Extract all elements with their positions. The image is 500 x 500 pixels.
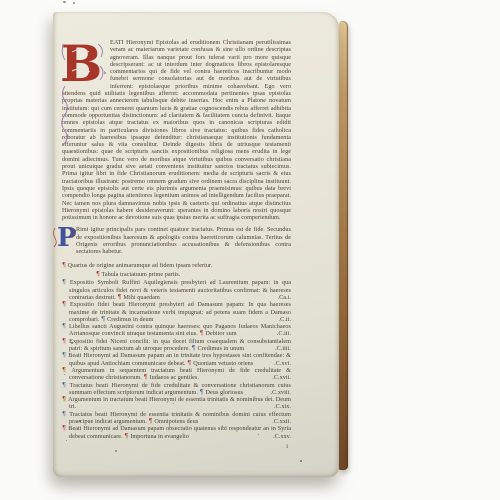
signature-mark: i — [62, 443, 291, 450]
toc-item-text: Tractatus beati Hieronymi de fide credul… — [69, 382, 291, 396]
pilcrow-icon: ¶ — [62, 367, 71, 374]
pilcrow-icon: ¶ — [96, 271, 100, 278]
foxing-speck — [63, 1, 66, 3]
toc-item: ¶ Argumentum in tractatum beati Hieronym… — [62, 396, 291, 411]
initial-letter-glyph: B — [60, 34, 102, 93]
chapter-number: .C.xxii. — [272, 418, 291, 425]
illuminated-initial-P: P — [62, 226, 74, 249]
toc-item: ¶ Tractatus beati Hieronymi de fide cred… — [62, 382, 291, 397]
toc-item-incipit: Debitor sum — [205, 330, 236, 337]
toc-item-incipit: Credimus in unum — [198, 345, 245, 352]
chapter-number: .C.xxv. — [273, 433, 291, 440]
chapter-number: .C.xvi. — [274, 360, 291, 367]
pilcrow-icon: ¶ — [62, 323, 69, 330]
quartus-text: Quartus de origine animarumque ad fidem … — [68, 262, 213, 269]
pilcrow-icon: ¶ — [62, 279, 70, 286]
chapter-number: .C.xix. — [274, 403, 291, 410]
toc-item-incipit: Omnipotens deus — [154, 418, 198, 425]
tabula-heading: ¶ Tabula tractatuum prime partis. — [96, 271, 291, 278]
book-page: B EATI Hieronymi Epistolas ad eruditione… — [53, 12, 339, 477]
book-fore-edge — [339, 21, 348, 470]
chapter-number: .C.iii. — [277, 330, 291, 337]
toc-item-text: Beati Hieronymi ad Damasum papam an in t… — [68, 352, 291, 366]
chapter-number: .C.xviii. — [271, 389, 291, 396]
foxing-speck — [115, 450, 117, 452]
toc-item-incipit: Mihi quaedam — [123, 294, 159, 301]
photo-background: B EATI Hieronymi Epistolas ad eruditione… — [0, 0, 500, 500]
toc-item: ¶ Expositio Symboli Ruffini Aquilegiensi… — [62, 279, 291, 301]
toc-item: ¶ Beati Hieronymi ad Damasum papam an in… — [62, 352, 291, 367]
toc-item: ¶ Argumentum in sequentem tractatum beat… — [62, 367, 291, 382]
toc-item-text: Argumentum in tractatum beati Hieronymi … — [68, 396, 276, 403]
toc-item: ¶ Beati Hieronymi ad Damasum papam obsec… — [62, 425, 291, 440]
toc-item-incipit: Iudaeos ac gentiles. — [150, 374, 199, 381]
second-text: Rimi igitur principalis pars continet qu… — [76, 226, 291, 255]
guide-letter-b: b — [104, 69, 106, 76]
chapter-number: .C.iiii. — [275, 345, 291, 352]
chapter-number: .Ca.i. — [278, 294, 291, 301]
toc-item: ¶ Expositio fidei Niceni concilii: in qu… — [62, 338, 291, 353]
pilcrow-icon: ¶ — [62, 262, 66, 269]
foxing-speck — [73, 2, 75, 4]
quartus-line: ¶ Quartus de origine animarumque ad fide… — [62, 262, 291, 269]
toc-item-incipit: Importuna in evangelio — [130, 433, 189, 440]
second-paragraph: P Rimi igitur principalis pars continet … — [62, 226, 291, 255]
initial-B-artwork: B — [60, 40, 107, 86]
table-of-contents: ¶ Expositio Symboli Ruffini Aquilegiensi… — [62, 279, 291, 440]
tabula-heading-text: Tabula tractatuum prime partis. — [101, 271, 180, 278]
toc-item-text: Expositio Symboli Ruffini Aquilegiensis … — [69, 279, 291, 301]
toc-item: ¶ Tractatus beati Hieronymi de essentia … — [62, 411, 291, 426]
toc-item: ¶ Expositio fidei beati Hieronymi presby… — [62, 301, 291, 323]
toc-item: ¶ Libellus sancti Augustini contra quinq… — [62, 323, 291, 338]
toc-item-incipit: Credimus in deum — [107, 316, 153, 323]
intro-paragraph: B EATI Hieronymi Epistolas ad eruditione… — [62, 39, 291, 221]
chapter-number: .C.ii. — [279, 316, 291, 323]
pilcrow-icon: ¶ — [62, 382, 70, 389]
toc-item-incipit: Quoniam vetusto oriens — [193, 360, 253, 367]
pilcrow-icon: ¶ — [62, 301, 70, 308]
illuminated-initial-B: B — [60, 40, 107, 86]
foxing-speck — [300, 460, 302, 462]
chapter-number: .C.xvii. — [272, 374, 291, 381]
text-block: B EATI Hieronymi Epistolas ad eruditione… — [62, 39, 291, 450]
guide-letter-p: p — [74, 227, 76, 234]
toc-item-text: Expositio fidei Niceni concilii: in qua … — [69, 338, 291, 352]
toc-item-incipit: Deus gloriosus — [206, 389, 244, 396]
toc-item-text: Libellus sancti Augustini contra quinque… — [69, 323, 291, 337]
